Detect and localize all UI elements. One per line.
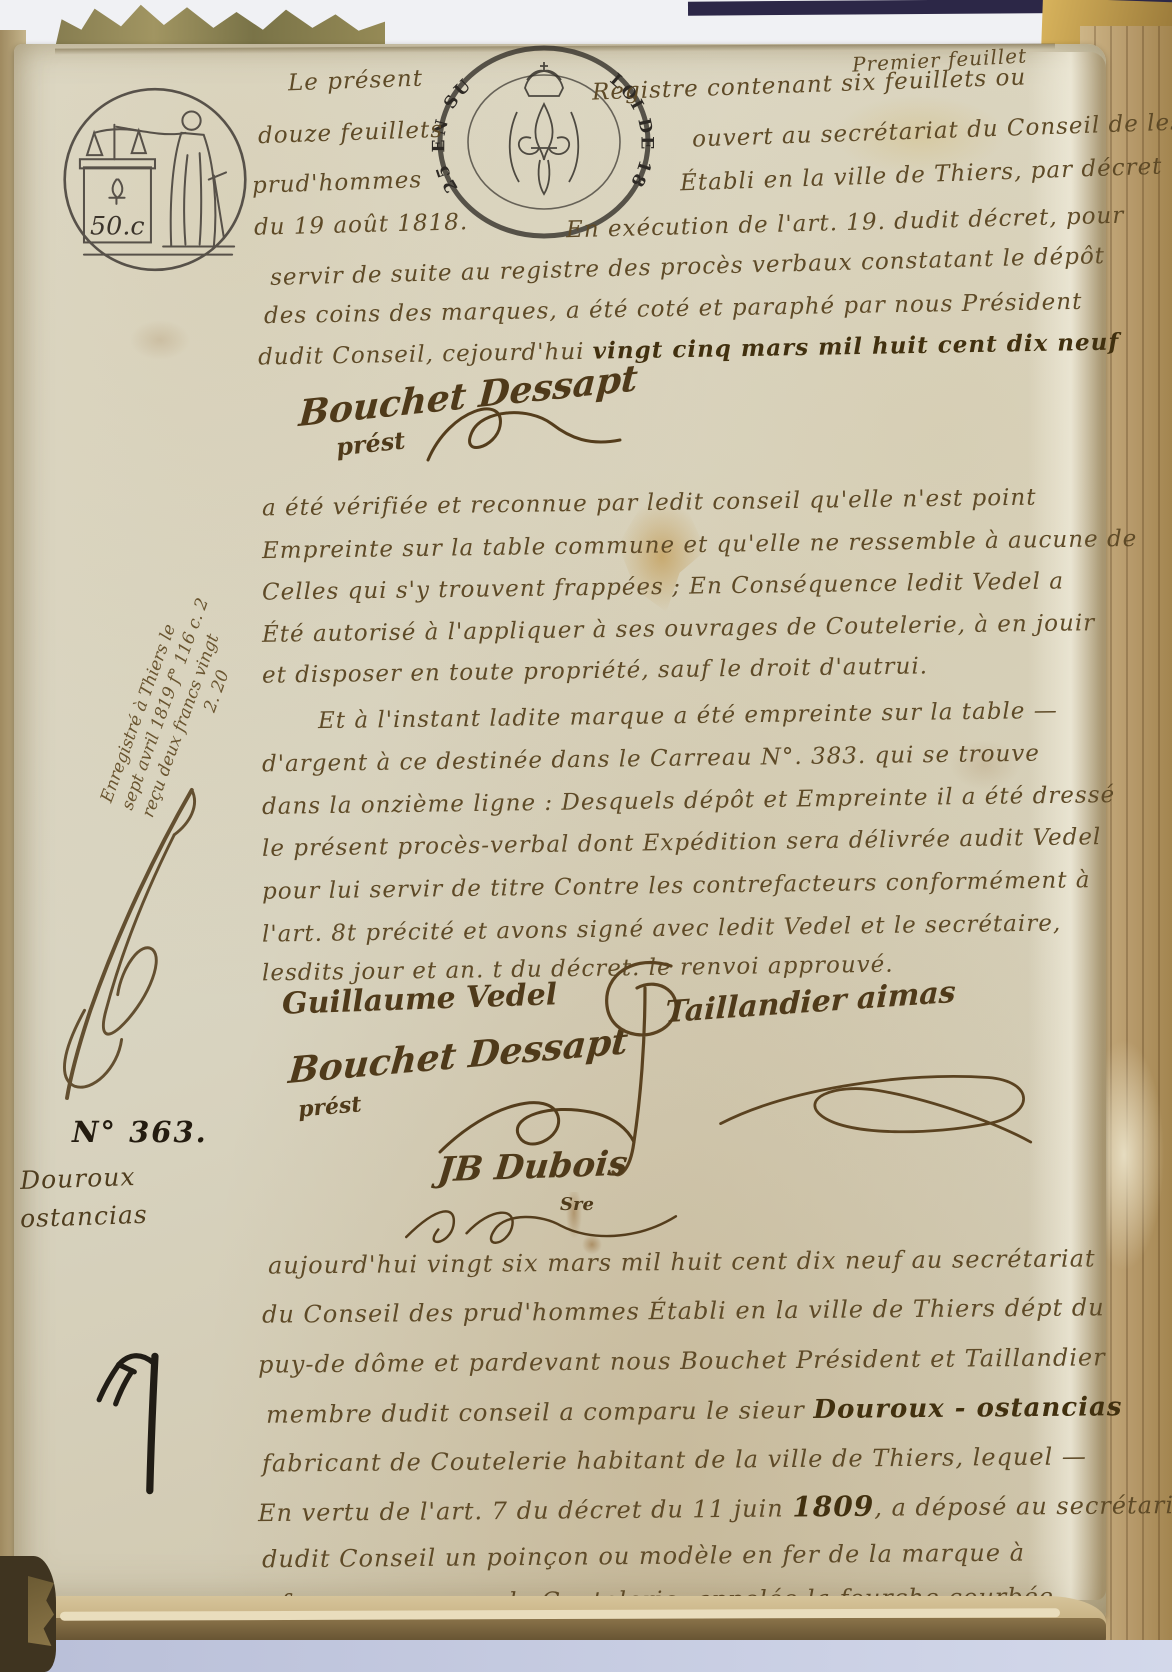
stain xyxy=(130,320,190,360)
line-part: , a déposé au secrétariat xyxy=(874,1491,1172,1522)
scanner-strip-bottom xyxy=(0,1640,1172,1672)
manuscript-line: aujourd'hui vingt six mars mil huit cent… xyxy=(268,1246,1096,1277)
paraph-flourish xyxy=(392,1188,692,1254)
depositor-name-line2: ostancias xyxy=(20,1202,148,1231)
tax-stamp-denomination: 50.c xyxy=(90,210,145,240)
binding-fray-threads xyxy=(55,0,385,48)
depositor-name-line1: Douroux xyxy=(20,1164,136,1193)
manuscript-line: prud'hommes xyxy=(252,169,423,198)
manuscript-line: du 19 août 1818. xyxy=(254,211,469,240)
manuscript-line: Le présent xyxy=(288,68,424,96)
line-part: membre dudit conseil a comparu le sieur xyxy=(266,1396,814,1429)
tax-stamp-justice-emblem: 50.c xyxy=(52,74,258,282)
paraph-flourish xyxy=(420,388,630,488)
signature-president-title: prést xyxy=(335,428,406,459)
margin-signature-flourish xyxy=(28,772,223,1112)
fourche-courbee-mark xyxy=(86,1346,196,1501)
line-part-emphasis: 1809 xyxy=(792,1490,874,1524)
entry-number: N° 363. xyxy=(72,1118,208,1147)
signature-bouchet-title: prést xyxy=(297,1093,362,1120)
manuscript-line: du Conseil des prud'hommes Établi en la … xyxy=(262,1295,1105,1326)
manuscript-line: fabricant de Coutelerie habitant de la v… xyxy=(262,1444,1087,1475)
document-scan: 50.c 25 EN SUS LOI DE 1816 xyxy=(0,0,1172,1672)
line-part: En vertu de l'art. 7 du décret du 11 jui… xyxy=(258,1494,793,1527)
line-part-emphasis: Douroux - ostancias xyxy=(813,1392,1122,1425)
manuscript-line: dudit Conseil un poinçon ou modèle en fe… xyxy=(262,1541,1025,1572)
manuscript-line: membre dudit conseil a comparu le sieur … xyxy=(266,1394,1123,1427)
manuscript-line: puy-de dôme et pardevant nous Bouchet Pr… xyxy=(258,1345,1106,1376)
paraph-flourish xyxy=(700,1035,1055,1155)
signature-dubois: JB Dubois xyxy=(436,1147,629,1188)
